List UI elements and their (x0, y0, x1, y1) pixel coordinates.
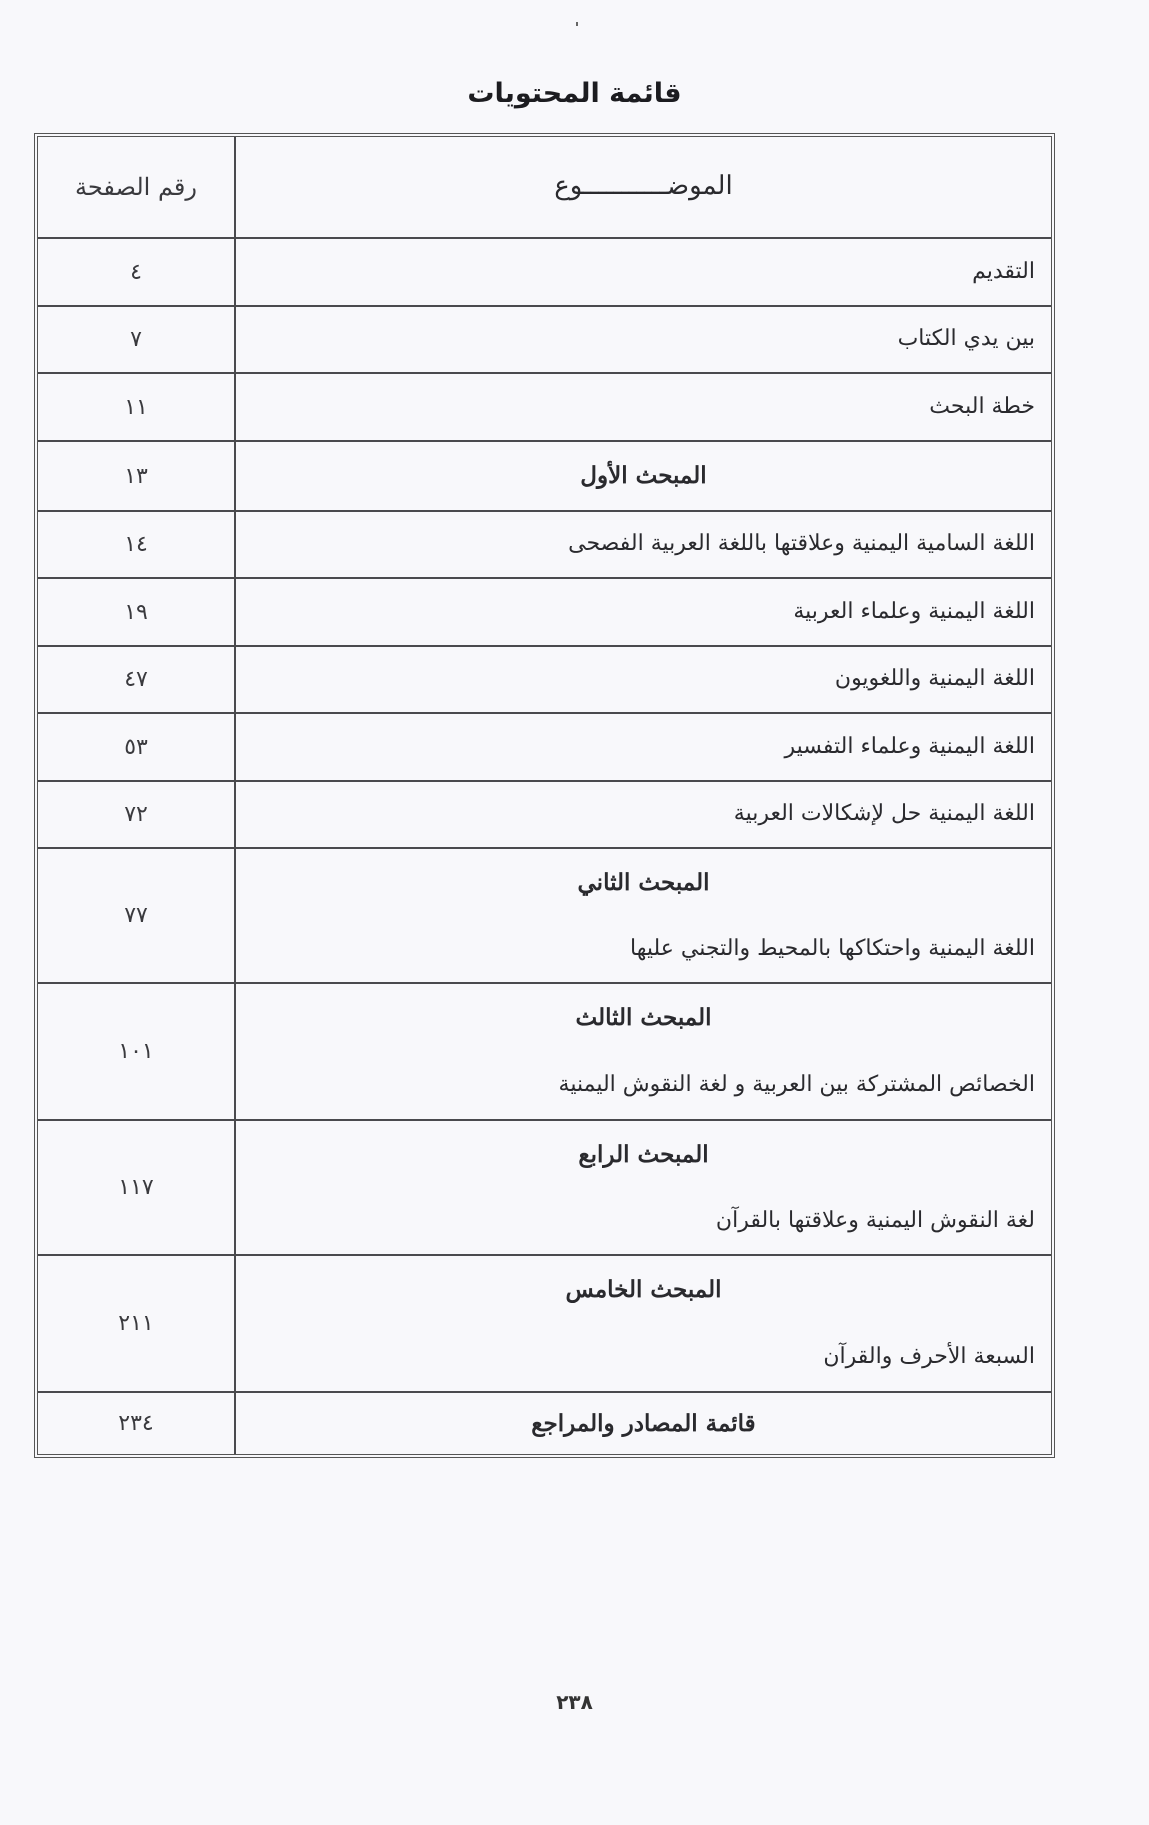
page-title: قائمة المحتويات (0, 78, 1149, 109)
topic-text: اللغة اليمنية واللغويون (252, 666, 1035, 692)
page-number: ١٤ (38, 512, 234, 577)
page-number: ٢٣٤ (38, 1393, 234, 1454)
page-number: ٢١١ (38, 1256, 234, 1391)
page-number: ٤٧ (38, 647, 234, 712)
topic-text: خطة البحث (252, 394, 1035, 420)
chapter-heading: المبحث الأول (252, 462, 1035, 490)
topic-header-cell: الموضـــــــــــوع (234, 137, 1051, 237)
chapter-heading: المبحث الثاني (252, 869, 1035, 897)
page-header: رقم الصفحة (38, 137, 234, 237)
table-row: اللغة اليمنية وعلماء التفسير ٥٣ (38, 714, 1051, 782)
page-number: ٥٣ (38, 714, 234, 780)
topic-text: لغة النقوش اليمنية وعلاقتها بالقرآن (252, 1208, 1035, 1234)
table-row-chapter: المبحث الثالث الخصائص المشتركة بين العرب… (38, 984, 1051, 1121)
page-number: ١٠١ (38, 984, 234, 1119)
page-number: ١٩ (38, 579, 234, 645)
page-number: ١١ (38, 374, 234, 440)
page-number: ٧ (38, 307, 234, 372)
scan-speck (576, 22, 578, 26)
contents-table: الموضـــــــــــوع رقم الصفحة التقديم ٤ … (34, 133, 1055, 1458)
table-row: اللغة اليمنية وعلماء العربية ١٩ (38, 579, 1051, 647)
topic-text: السبعة الأحرف والقرآن (252, 1344, 1035, 1370)
topic-text: اللغة اليمنية حل لإشكالات العربية (252, 801, 1035, 827)
table-row-chapter: المبحث الثاني اللغة اليمنية واحتكاكها با… (38, 849, 1051, 984)
chapter-heading: المبحث الثالث (252, 1004, 1035, 1032)
page-number: ٧٢ (38, 782, 234, 847)
topic-header: الموضـــــــــــوع (252, 171, 1035, 202)
table-row-chapter: قائمة المصادر والمراجع ٢٣٤ (38, 1393, 1051, 1454)
table-row: بين يدي الكتاب ٧ (38, 307, 1051, 374)
chapter-heading: المبحث الرابع (252, 1141, 1035, 1169)
topic-text: اللغة اليمنية واحتكاكها بالمحيط والتجني … (252, 936, 1035, 962)
table-header-row: الموضـــــــــــوع رقم الصفحة (38, 137, 1051, 239)
topic-text: اللغة اليمنية وعلماء العربية (252, 599, 1035, 625)
table-row-chapter: المبحث الخامس السبعة الأحرف والقرآن ٢١١ (38, 1256, 1051, 1393)
page-number: ٧٧ (38, 849, 234, 982)
table-row: اللغة السامية اليمنية وعلاقتها باللغة ال… (38, 512, 1051, 579)
topic-text: الخصائص المشتركة بين العربية و لغة النقو… (252, 1072, 1035, 1098)
topic-text: اللغة السامية اليمنية وعلاقتها باللغة ال… (252, 531, 1035, 557)
page-number: ١٣ (38, 442, 234, 510)
table-row: اللغة اليمنية حل لإشكالات العربية ٧٢ (38, 782, 1051, 849)
chapter-heading: قائمة المصادر والمراجع (252, 1410, 1035, 1438)
table-row-chapter: المبحث الأول ١٣ (38, 442, 1051, 512)
page-number: ١١٧ (38, 1121, 234, 1254)
table-row: خطة البحث ١١ (38, 374, 1051, 442)
page-number: ٤ (38, 239, 234, 305)
table-row: اللغة اليمنية واللغويون ٤٧ (38, 647, 1051, 714)
page-number-footer: ٢٣٨ (0, 1690, 1149, 1714)
table-row: التقديم ٤ (38, 239, 1051, 307)
chapter-heading: المبحث الخامس (252, 1276, 1035, 1304)
topic-text: بين يدي الكتاب (252, 326, 1035, 352)
topic-text: اللغة اليمنية وعلماء التفسير (252, 734, 1035, 760)
topic-text: التقديم (252, 259, 1035, 285)
table-row-chapter: المبحث الرابع لغة النقوش اليمنية وعلاقته… (38, 1121, 1051, 1256)
